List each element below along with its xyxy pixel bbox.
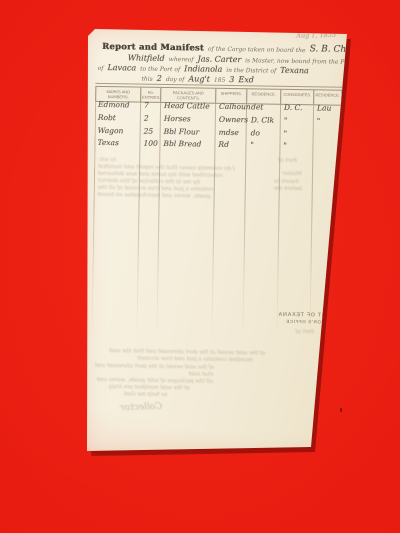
bleedthrough-line: that said	[189, 371, 213, 377]
table-cell: Lau	[317, 103, 331, 112]
printed-text: day of	[166, 76, 185, 83]
column-rule	[91, 86, 141, 337]
table-cell: Owners	[219, 115, 248, 124]
bleedthrough-line: before me	[274, 186, 302, 192]
district-handwriting: Texana	[280, 66, 309, 75]
column-rule	[157, 87, 216, 338]
table-cell: D. C.	[284, 103, 303, 112]
table-cell: Calhoun	[219, 102, 251, 111]
table-cell: "	[250, 140, 254, 149]
table-cell: Head Cattle	[164, 101, 210, 111]
form-header-line4: this 2 day of Aug't 185 3 Exd	[141, 74, 254, 85]
table-cell: 100	[143, 139, 157, 148]
bleedthrough-line: of the said vessel at the port aforesaid…	[95, 363, 214, 371]
port-from-handwriting: Lavaca	[107, 63, 136, 72]
bleedthrough-line: Sworn to	[274, 179, 299, 185]
table-cell: D. Clk	[251, 115, 274, 124]
vessel-name-handwriting: S. B. Charlotte	[310, 44, 377, 55]
table-cell: "	[284, 116, 288, 125]
bleedthrough-line: so help me God.	[122, 391, 167, 398]
printed-text: whereof	[169, 56, 194, 63]
table-cell: Robt	[98, 113, 116, 122]
manifest-document: Aug 1, 1853 Report and Manifest of the C…	[84, 26, 352, 454]
reversed-signature-ghost: Collector	[120, 402, 162, 414]
port-to-handwriting: Indianola	[184, 64, 222, 74]
table-cell: "	[317, 116, 321, 125]
reversed-stamp-line: DISTRICT OF TEXANA	[278, 312, 348, 319]
year-handwriting: 3	[229, 75, 234, 84]
column-rule	[243, 88, 281, 339]
bleedthrough-line: of the said manifest are truly	[109, 384, 190, 391]
table-cell: Edmond	[98, 100, 130, 109]
column-rule	[212, 88, 247, 338]
photo-backdrop: Aug 1, 1853 Report and Manifest of the C…	[0, 0, 400, 533]
table-cell: Texas	[97, 138, 119, 147]
printed-text: of the Cargo taken on board the	[208, 46, 306, 55]
table-cell: Bbl Flour	[164, 127, 200, 137]
table-cell: det	[251, 102, 263, 111]
bleedthrough-line: Port of	[278, 158, 297, 164]
column-rule	[277, 89, 314, 339]
bleedthrough-line: Port of	[295, 329, 314, 335]
bleedthrough-line: to wit:	[98, 157, 116, 163]
form-header-line3: of Lavaca to the Port of Indianola in th…	[98, 63, 309, 75]
table-cell: do	[251, 128, 260, 137]
table-cell: "	[283, 141, 287, 150]
table-cell: 2	[144, 114, 149, 123]
printed-text: this	[141, 76, 152, 83]
table-column-rules	[91, 86, 343, 340]
printed-text: of	[98, 65, 104, 72]
table-cell: Bbl Bread	[163, 139, 201, 149]
bleedthrough-line: of the said vessel at the port aforesaid…	[109, 348, 265, 356]
table-cell: Wagon	[98, 126, 124, 135]
handwriting: Whitfield	[128, 53, 165, 63]
table-cell: Horses	[164, 114, 191, 123]
table-cell: "	[284, 129, 288, 138]
pencil-date: Aug 1, 1853	[296, 31, 336, 40]
table-cell: Rd	[218, 140, 229, 149]
form-title: Report and Manifest	[102, 42, 204, 54]
month-handwriting: Aug't	[188, 74, 210, 83]
table-cell: 25	[144, 127, 154, 136]
document-content: Aug 1, 1853 Report and Manifest of the C…	[78, 26, 353, 458]
master-name-handwriting: Jas. Carter	[197, 54, 241, 64]
bleedthrough-line: Master	[282, 171, 302, 177]
printed-text: in the District of	[226, 67, 276, 75]
flourish-handwriting: Exd	[238, 75, 254, 84]
printed-text: to the Port of	[140, 66, 180, 74]
bleedthrough-line: manifest contains a just and true accoun…	[137, 356, 253, 364]
dust-speck	[340, 408, 342, 412]
reversed-stamp-line: COLLECTOR'S OFFICE	[286, 319, 347, 325]
printed-text: 185	[214, 77, 226, 84]
table-cell: mdse	[219, 128, 239, 137]
table-cell: 7	[144, 101, 149, 110]
day-handwriting: 2	[157, 74, 162, 83]
